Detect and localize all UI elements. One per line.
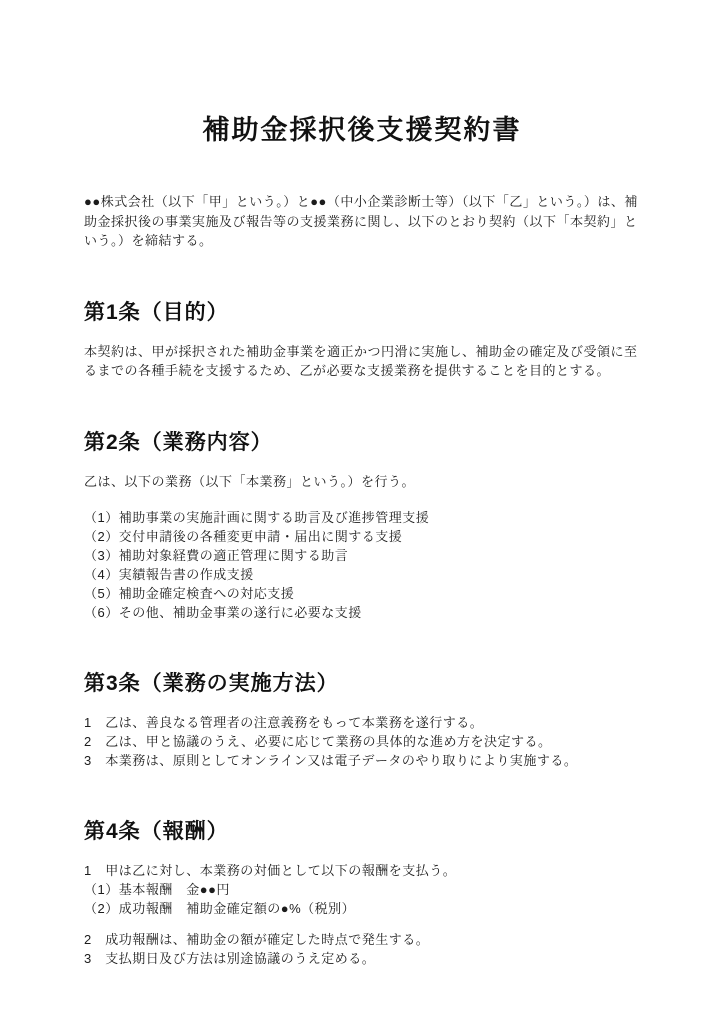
article-2: 第2条（業務内容） 乙は、以下の業務（以下「本業務」という。）を行う。 （1）補… (84, 429, 640, 623)
article-3-clause: 3 本業務は、原則としてオンライン又は電子データのやり取りにより実施する。 (84, 751, 640, 770)
article-4-clause-group-2: 2 成功報酬は、補助金の額が確定した時点で発生する。 3 支払期日及び方法は別途… (84, 930, 640, 968)
article-2-item: （6）その他、補助金事業の遂行に必要な支援 (84, 603, 640, 622)
document-title: 補助金採択後支援契約書 (84, 112, 640, 148)
article-4-clause: （2）成功報酬 補助金確定額の●%（税別） (84, 899, 640, 918)
article-4-heading: 第4条（報酬） (84, 818, 640, 845)
article-3: 第3条（業務の実施方法） 1 乙は、善良なる管理者の注意義務をもって本業務を遂行… (84, 670, 640, 770)
article-2-item: （1）補助事業の実施計画に関する助言及び進捗管理支援 (84, 508, 640, 527)
article-1-heading: 第1条（目的） (84, 299, 640, 326)
contract-document-page: 補助金採択後支援契約書 ●●株式会社（以下「甲」という。）と●●（中小企業診断士… (0, 0, 724, 1024)
article-2-heading: 第2条（業務内容） (84, 429, 640, 456)
article-2-lead: 乙は、以下の業務（以下「本業務」という。）を行う。 (84, 472, 640, 492)
article-1: 第1条（目的） 本契約は、甲が採択された補助金事業を適正かつ円滑に実施し、補助金… (84, 299, 640, 381)
article-2-item: （4）実績報告書の作成支援 (84, 565, 640, 584)
article-3-clause: 1 乙は、善良なる管理者の注意義務をもって本業務を遂行する。 (84, 713, 640, 732)
article-3-clause-list: 1 乙は、善良なる管理者の注意義務をもって本業務を遂行する。 2 乙は、甲と協議… (84, 713, 640, 770)
article-2-item: （2）交付申請後の各種変更申請・届出に関する支援 (84, 527, 640, 546)
article-2-item: （3）補助対象経費の適正管理に関する助言 (84, 546, 640, 565)
intro-paragraph: ●●株式会社（以下「甲」という。）と●●（中小企業診断士等）（以下「乙」という。… (84, 192, 640, 251)
article-4: 第4条（報酬） 1 甲は乙に対し、本業務の対価として以下の報酬を支払う。 （1）… (84, 818, 640, 968)
article-4-clause: （1）基本報酬 金●●円 (84, 880, 640, 899)
article-1-body: 本契約は、甲が採択された補助金事業を適正かつ円滑に実施し、補助金の確定及び受領に… (84, 342, 640, 381)
article-3-heading: 第3条（業務の実施方法） (84, 670, 640, 697)
article-4-clause: 2 成功報酬は、補助金の額が確定した時点で発生する。 (84, 930, 640, 949)
article-4-clause: 1 甲は乙に対し、本業務の対価として以下の報酬を支払う。 (84, 861, 640, 880)
article-2-item-list: （1）補助事業の実施計画に関する助言及び進捗管理支援 （2）交付申請後の各種変更… (84, 508, 640, 622)
article-4-clause: 3 支払期日及び方法は別途協議のうえ定める。 (84, 949, 640, 968)
article-2-item: （5）補助金確定検査への対応支援 (84, 584, 640, 603)
article-3-clause: 2 乙は、甲と協議のうえ、必要に応じて業務の具体的な進め方を決定する。 (84, 732, 640, 751)
article-4-clause-group-1: 1 甲は乙に対し、本業務の対価として以下の報酬を支払う。 （1）基本報酬 金●●… (84, 861, 640, 918)
